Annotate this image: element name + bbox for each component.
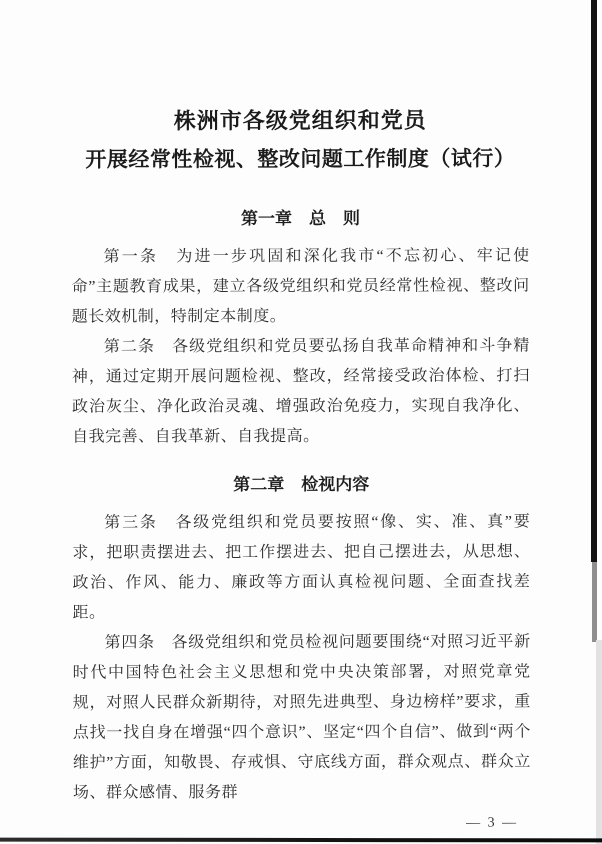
scan-edge-bottom [0, 838, 602, 843]
document-title-line2: 开展经常性检视、整改问题工作制度（试行） [71, 141, 529, 178]
article-2-paragraph: 第二条 各级党组织和党员要弘扬自我革命精神和斗争精神，通过定期开展问题检视、整改… [72, 331, 530, 452]
scan-edge-right-fade [592, 562, 597, 642]
chapter-2-heading: 第二章 检视内容 [72, 471, 530, 498]
chapter-1-heading: 第一章 总 则 [71, 205, 529, 232]
document-content: 株洲市各级党组织和党员 开展经常性检视、整改问题工作制度（试行） 第一章 总 则… [71, 0, 531, 833]
page-number: — 3 — [73, 815, 531, 832]
scan-edge-right-dark [591, 0, 597, 562]
scan-edge-right-faint [596, 640, 602, 844]
document-title-line1: 株洲市各级党组织和党员 [71, 103, 529, 138]
scanned-document-page: 株洲市各级党组织和党员 开展经常性检视、整改问题工作制度（试行） 第一章 总 则… [0, 0, 602, 844]
article-4-paragraph: 第四条 各级党组织和党员检视问题要围绕“对照习近平新时代中国特色社会主义思想和党… [73, 627, 531, 808]
article-3-paragraph: 第三条 各级党组织和党员要按照“像、实、准、真”要求，把职责摆进去、把工作摆进去… [72, 507, 530, 628]
article-1-paragraph: 第一条 为进一步巩固和深化我市“不忘初心、牢记使命”主题教育成果，建立各级党组织… [72, 241, 530, 332]
